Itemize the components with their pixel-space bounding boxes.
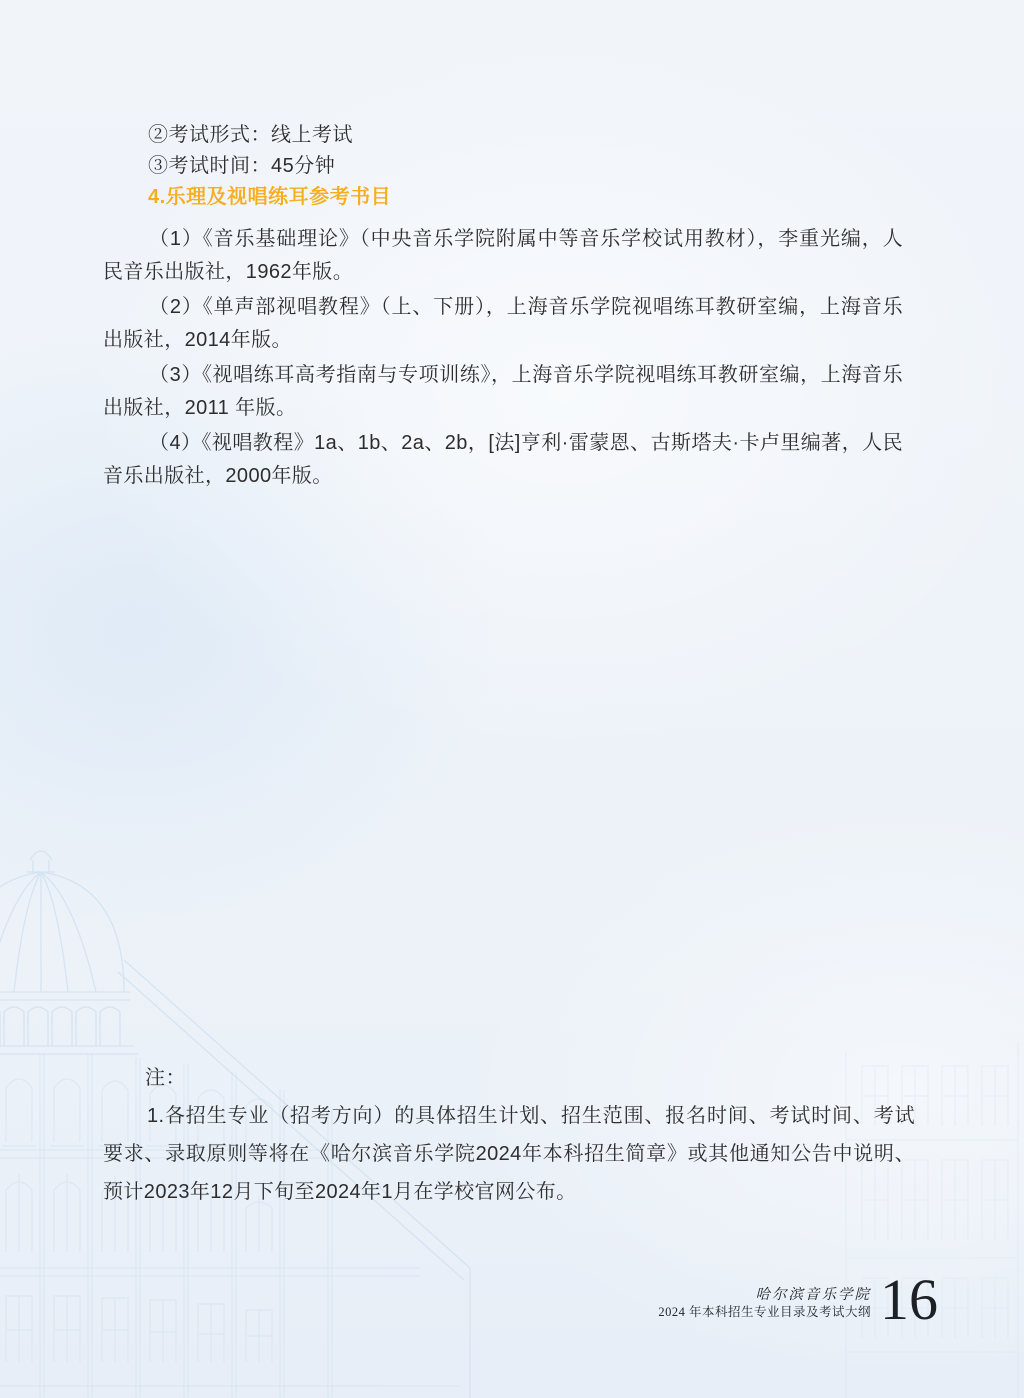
- section-heading: 4.乐理及视唱练耳参考书目: [103, 182, 903, 213]
- page-number: 16: [880, 1272, 938, 1328]
- document-page: ②考试形式：线上考试 ③考试时间：45分钟 4.乐理及视唱练耳参考书目 （1）《…: [0, 0, 1024, 1398]
- main-content: ②考试形式：线上考试 ③考试时间：45分钟 4.乐理及视唱练耳参考书目 （1）《…: [103, 120, 903, 495]
- exam-format-line: ②考试形式：线上考试: [103, 120, 903, 151]
- exam-time-line: ③考试时间：45分钟: [103, 151, 903, 182]
- note-item: 1.各招生专业（招考方向）的具体招生计划、招生范围、报名时间、考试时间、考试要求…: [103, 1097, 915, 1211]
- footer-text: 哈尔滨音乐学院 2024 年本科招生专业目录及考试大纲: [658, 1281, 871, 1320]
- footer-school-name: 哈尔滨音乐学院: [658, 1287, 871, 1304]
- note-section: 注： 1.各招生专业（招考方向）的具体招生计划、招生范围、报名时间、考试时间、考…: [103, 1062, 915, 1211]
- reference-book-item: （3）《视唱练耳高考指南与专项训练》，上海音乐学院视唱练耳教研室编，上海音乐出版…: [103, 359, 903, 425]
- page-footer: 哈尔滨音乐学院 2024 年本科招生专业目录及考试大纲 16: [658, 1272, 938, 1328]
- footer-doc-title: 2024 年本科招生专业目录及考试大纲: [658, 1304, 871, 1320]
- reference-book-item: （4）《视唱教程》1a、1b、2a、2b，[法]亨利·雷蒙恩、古斯塔夫·卡卢里编…: [103, 427, 903, 493]
- reference-book-item: （1）《音乐基础理论》（中央音乐学院附属中等音乐学校试用教材），李重光编，人民音…: [103, 223, 903, 289]
- note-label: 注：: [103, 1062, 915, 1095]
- reference-book-item: （2）《单声部视唱教程》（上、下册），上海音乐学院视唱练耳教研室编，上海音乐出版…: [103, 291, 903, 357]
